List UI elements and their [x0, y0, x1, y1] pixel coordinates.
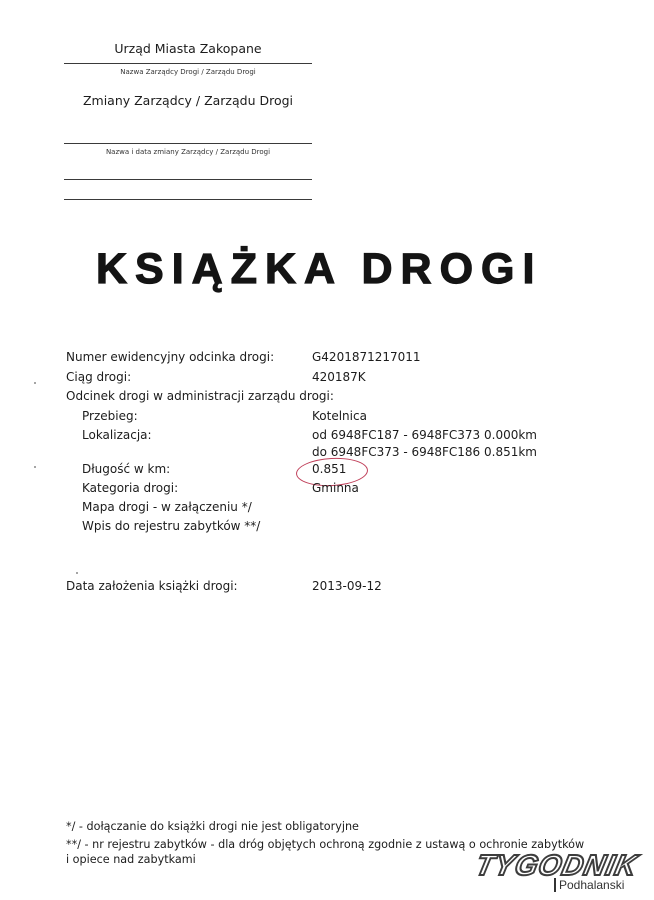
field-label-location: Lokalizacja:: [82, 428, 152, 442]
field-label-road-section-admin: Odcinek drogi w administracji zarządu dr…: [66, 389, 334, 403]
field-label-road-section-number: Numer ewidencyjny odcinka drogi:: [66, 350, 274, 364]
divider-line: [64, 63, 312, 64]
footnote-1: */ - dołączanie do książki drogi nie jes…: [66, 820, 359, 833]
field-value-road-section-number: G4201871217011: [312, 350, 421, 364]
field-value-road-sequence: 420187K: [312, 370, 366, 384]
blank-entry-line: [64, 199, 312, 200]
field-value-location-to: do 6948FC373 - 6948FC186 0.851km: [312, 445, 537, 459]
logo-sub-text: Podhalanski: [554, 878, 624, 892]
tygodnik-podhalanski-logo: TYGODNIK Podhalanski: [476, 850, 648, 896]
footnote-2-continued: i opiece nad zabytkami: [66, 853, 196, 866]
blank-entry-line: [64, 179, 312, 180]
field-label-road-category: Kategoria drogi:: [82, 481, 178, 495]
founding-date-label: Data założenia książki drogi:: [66, 579, 238, 593]
field-label-route: Przebieg:: [82, 409, 138, 423]
field-value-road-category: Gminna: [312, 481, 359, 495]
divider-line: [64, 143, 312, 144]
manager-changes-caption: Nazwa i data zmiany Zarządcy / Zarządu D…: [64, 148, 312, 156]
field-label-length: Długość w km:: [82, 462, 170, 476]
road-manager-caption: Nazwa Zarządcy Drogi / Zarządu Drogi: [64, 68, 312, 76]
field-label-road-sequence: Ciąg drogi:: [66, 370, 131, 384]
field-value-route: Kotelnica: [312, 409, 367, 423]
document-title: KSIĄŻKA DROGI: [96, 245, 542, 294]
field-label-monument-register: Wpis do rejestru zabytków **/: [82, 519, 260, 533]
founding-date-value: 2013-09-12: [312, 579, 382, 593]
manager-changes-heading: Zmiany Zarządcy / Zarządu Drogi: [64, 93, 312, 108]
scan-speck: [76, 572, 78, 574]
field-label-road-map: Mapa drogi - w załączeniu */: [82, 500, 252, 514]
scan-speck: [34, 382, 36, 384]
road-manager-name: Urząd Miasta Zakopane: [64, 41, 312, 56]
scan-speck: [34, 466, 36, 468]
field-value-location-from: od 6948FC187 - 6948FC373 0.000km: [312, 428, 537, 442]
